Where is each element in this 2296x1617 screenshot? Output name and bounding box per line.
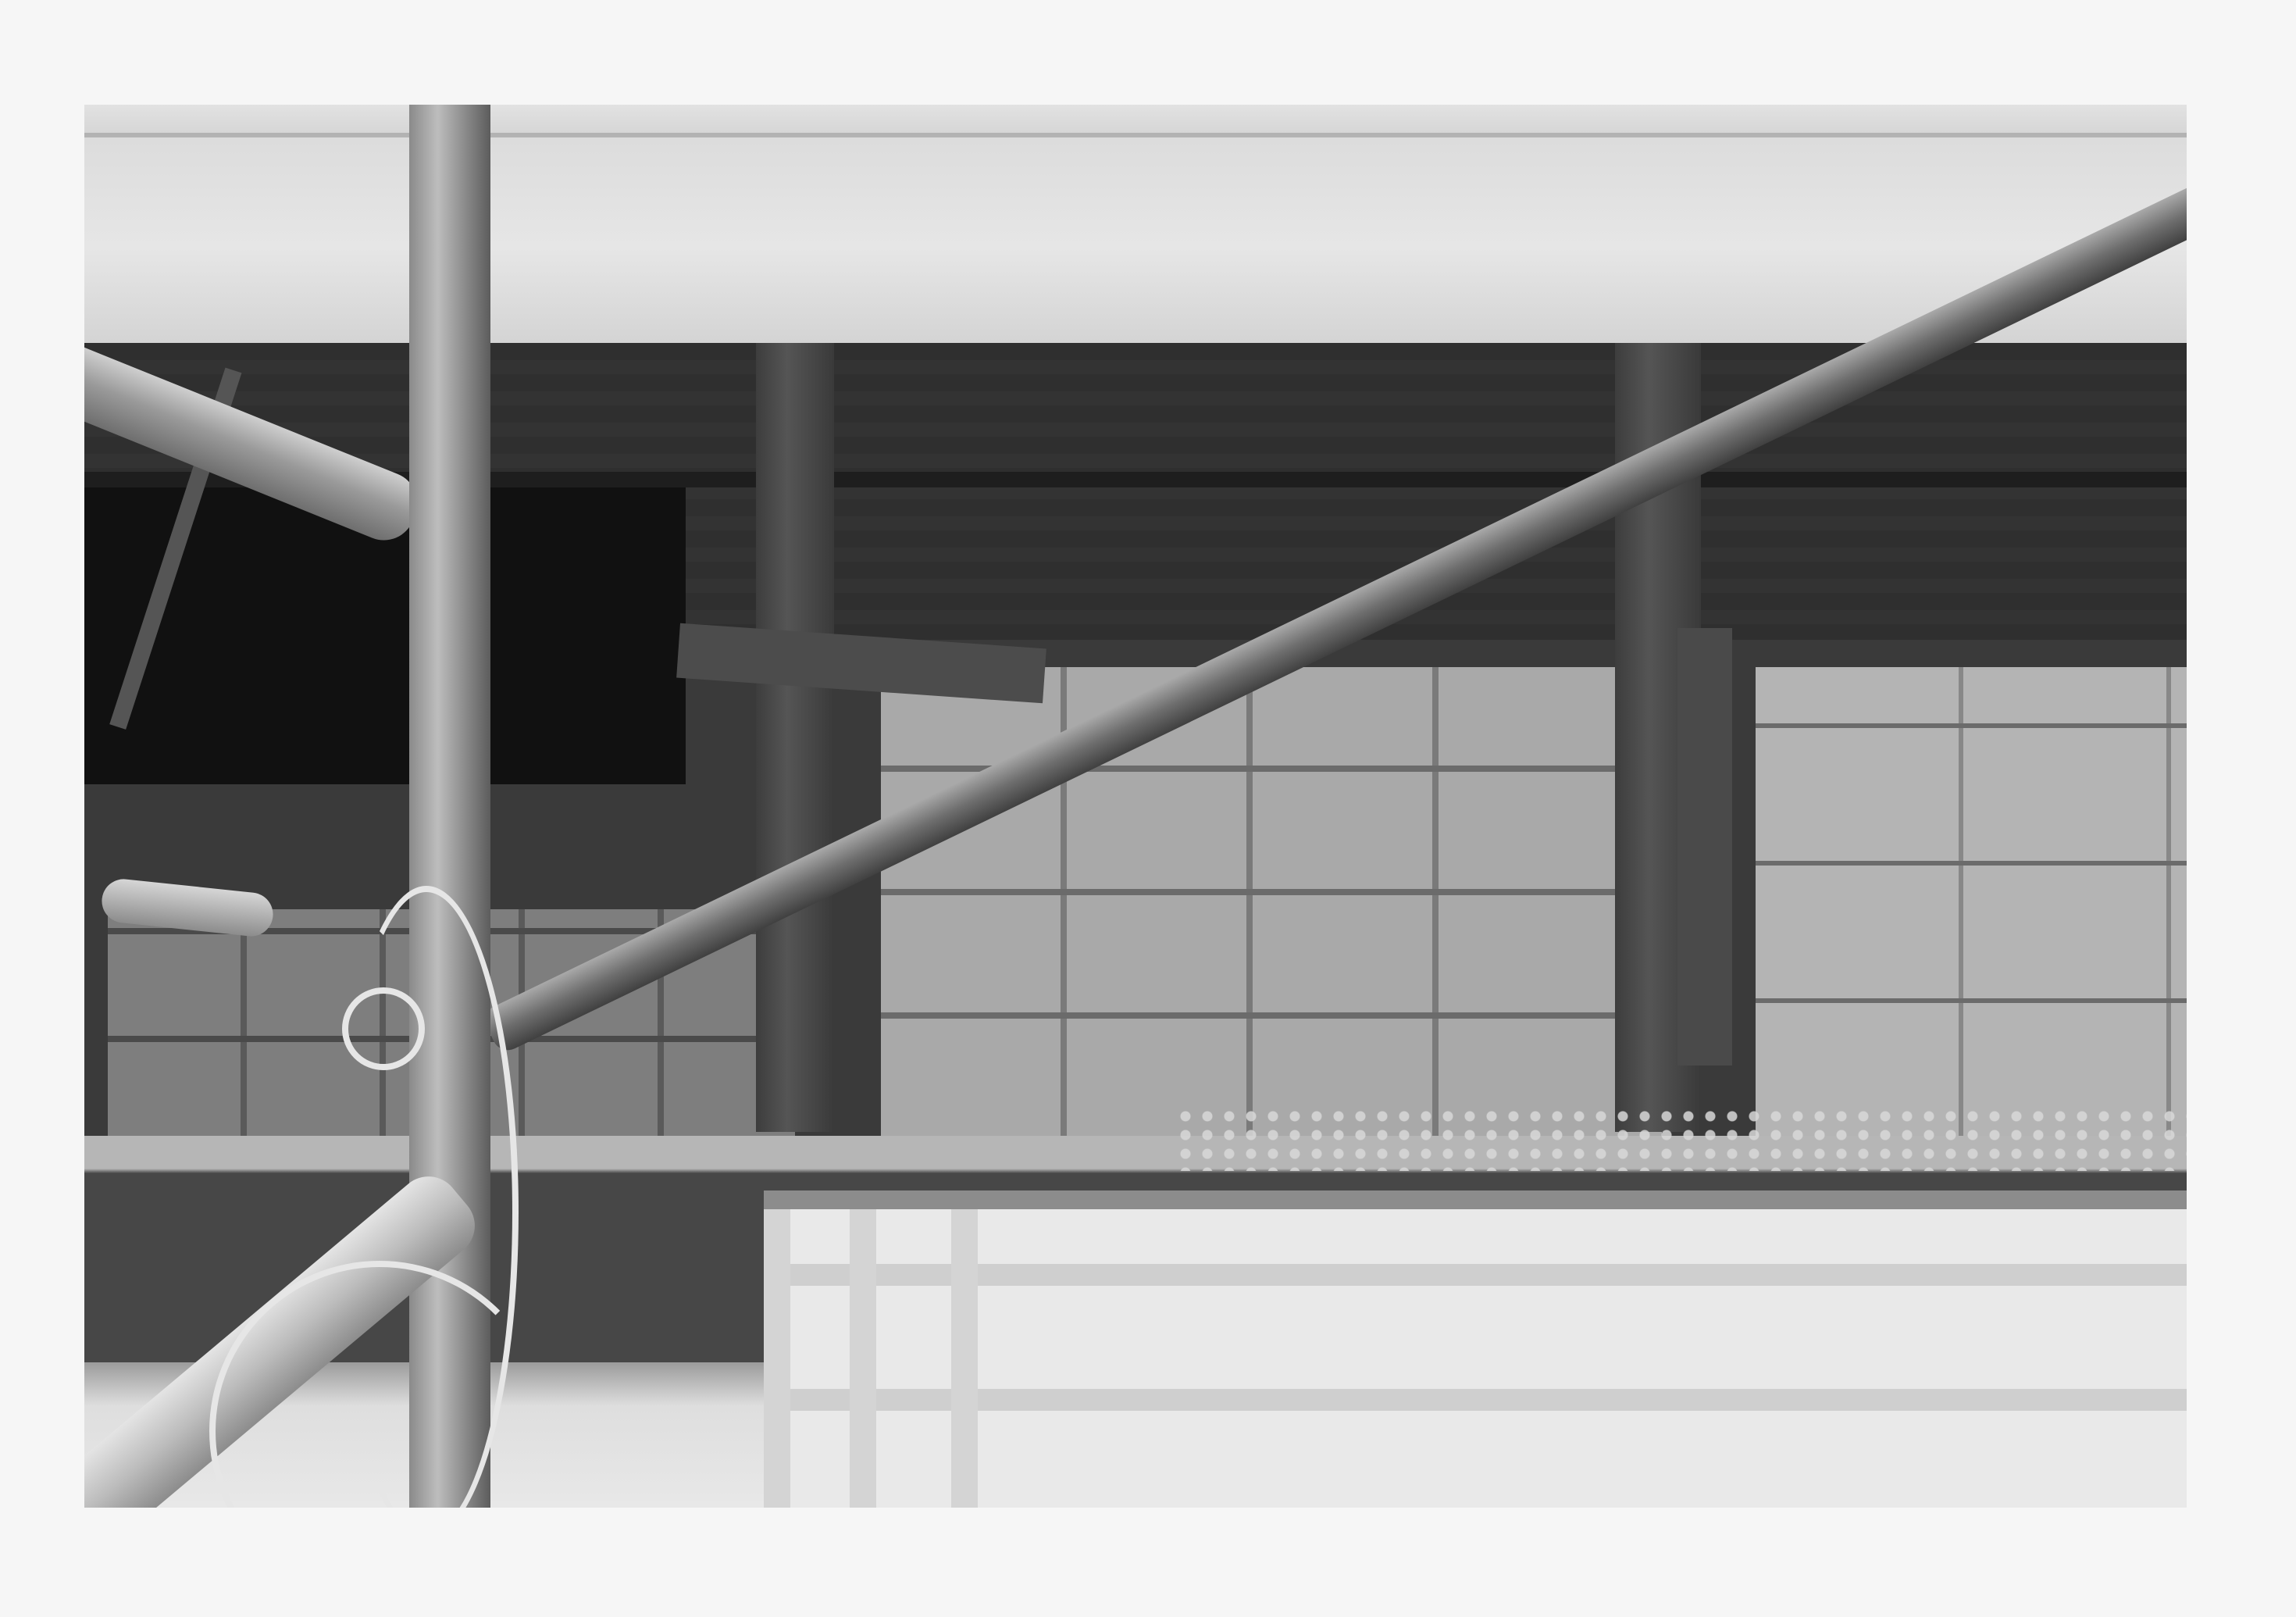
electrical-cord-knot	[342, 987, 425, 1070]
mortar-rubble	[1178, 1108, 2187, 1171]
lattice-stile	[850, 1209, 876, 1508]
lattice-stile	[764, 1209, 790, 1508]
photograph	[84, 105, 2187, 1508]
fascia-trim-line	[84, 133, 2187, 137]
white-lattice-skirting	[764, 1190, 2187, 1508]
stone-masonry-center	[881, 667, 1662, 1136]
lattice-stile	[951, 1209, 978, 1508]
stone-masonry-right	[1756, 667, 2187, 1136]
wooden-post-left	[756, 343, 834, 1132]
fascia-board	[84, 105, 2187, 346]
wooden-post-right-lower	[1677, 628, 1732, 1066]
